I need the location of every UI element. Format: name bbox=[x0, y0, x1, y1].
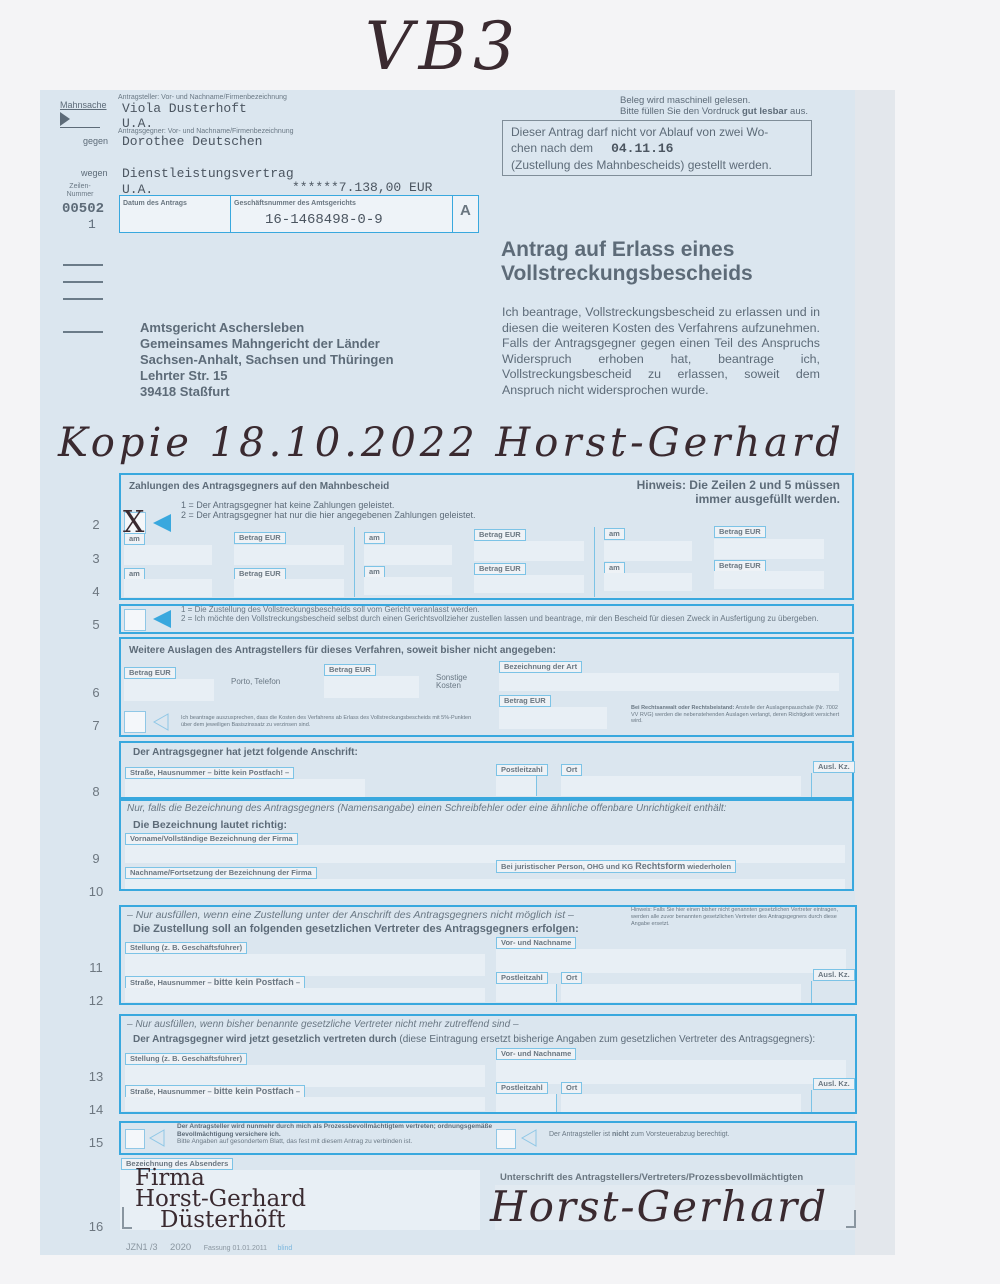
rechtsform-label: Bei juristischer Person, OHG und KG Rech… bbox=[496, 860, 736, 873]
row-number: 12 bbox=[86, 993, 106, 1008]
expenses-heading: Weitere Auslagen des Antragstellers für … bbox=[129, 645, 556, 656]
divider bbox=[811, 773, 812, 797]
machine-read-line1: Beleg wird maschinell gelesen. bbox=[620, 95, 808, 106]
antragsteller-caption: Antragsteller: Vor- und Nachname/Firmenb… bbox=[118, 94, 287, 101]
payment-date-6[interactable] bbox=[604, 573, 692, 591]
ausl-label: Ausl. Kz. bbox=[813, 761, 855, 773]
rep-plz-label: Postleitzahl bbox=[496, 972, 548, 984]
datum-field[interactable] bbox=[124, 212, 224, 228]
geschaeftsnummer-value: 16-1468498-0-9 bbox=[265, 212, 383, 228]
absender-line3: Düsterhöft bbox=[135, 1210, 306, 1231]
deadline-line3: (Zustellung des Mahnbescheids) gestellt … bbox=[511, 157, 803, 173]
text: Bei juristischer Person, OHG und KG bbox=[501, 862, 635, 871]
form-year: 2020 bbox=[170, 1242, 191, 1253]
payment-amount-3[interactable] bbox=[714, 539, 824, 559]
text: wiederholen bbox=[685, 862, 731, 871]
row-number: 3 bbox=[86, 551, 106, 566]
am-label: am bbox=[364, 532, 385, 544]
lawyer-note-bold: Bei Rechtsanwalt oder Rechtsbeistand: bbox=[631, 705, 734, 711]
machine-read-notice: Beleg wird maschinell gelesen. Bitte fül… bbox=[620, 95, 808, 117]
sonstige-label: Sonstige Kosten bbox=[436, 674, 467, 690]
form-blind: blind bbox=[278, 1245, 293, 1252]
gegen-label: gegen bbox=[83, 136, 108, 146]
new-rep-plz-field[interactable] bbox=[496, 1094, 557, 1112]
title-line2: Vollstreckungsbescheids bbox=[501, 262, 753, 286]
new-rep-name-label: Vor- und Nachname bbox=[496, 1048, 576, 1060]
am-label: am bbox=[124, 533, 145, 545]
vat-checkbox[interactable] bbox=[496, 1129, 516, 1149]
rep-new-intro: – Nur ausfüllen, wenn bisher benannte ge… bbox=[127, 1019, 519, 1030]
row-number: 9 bbox=[86, 851, 106, 866]
row-number: 13 bbox=[86, 1069, 106, 1084]
section-representative-new: – Nur ausfüllen, wenn bisher benannte ge… bbox=[119, 1014, 857, 1114]
betrag-label: Betrag EUR bbox=[499, 695, 551, 707]
corner-mark bbox=[122, 1207, 132, 1229]
section-proxy: Der Antragsteller wird nunmehr durch mic… bbox=[119, 1121, 857, 1155]
marker-line bbox=[60, 127, 100, 128]
rep-ort-label: Ort bbox=[561, 972, 582, 984]
form-footer: JZN1 /3 2020 Fassung 01.01.2011 blind bbox=[126, 1242, 292, 1253]
arrow-left-outline-icon bbox=[153, 713, 169, 731]
handwritten-copy-note: Kopie 18.10.2022 Horst-Gerhard bbox=[58, 420, 845, 466]
row-number: 16 bbox=[86, 1219, 106, 1234]
betrag-label: Betrag EUR bbox=[474, 529, 526, 541]
court-address: Amtsgericht Aschersleben Gemeinsames Mah… bbox=[140, 320, 394, 400]
text: Straße, Hausnummer – bbox=[130, 978, 214, 987]
text-bold: bitte kein Postfach bbox=[214, 1086, 294, 1096]
rep-delivery-note: Hinweis: Falls Sie hier einen bisher nic… bbox=[631, 907, 856, 928]
title-body: Ich beantrage, Vollstreckungsbescheid zu… bbox=[502, 305, 820, 398]
divider bbox=[811, 1090, 812, 1112]
arrow-left-icon bbox=[153, 610, 171, 628]
bezeichnung-label: Bezeichnung der Art bbox=[499, 661, 582, 673]
claim-amount[interactable]: ******7.138,00 EUR bbox=[292, 180, 432, 195]
datum-label: Datum des Antrags bbox=[123, 200, 187, 207]
vat-text: Der Antragsteller ist nicht zum Vorsteue… bbox=[549, 1131, 730, 1138]
proxy-text-bold: Der Antragsteller wird nunmehr durch mic… bbox=[177, 1123, 507, 1138]
arrow-left-outline-icon bbox=[149, 1129, 165, 1147]
rep-ort-field[interactable] bbox=[561, 984, 801, 1002]
row-number: 4 bbox=[86, 584, 106, 599]
rep-new-heading: Der Antragsgegner wird jetzt gesetzlich … bbox=[133, 1034, 815, 1045]
betrag-label: Betrag EUR bbox=[714, 526, 766, 538]
betrag-label: Betrag EUR bbox=[324, 664, 376, 676]
payment-date-4[interactable] bbox=[124, 579, 212, 597]
vorname-field[interactable] bbox=[125, 845, 845, 863]
am-label: am bbox=[604, 528, 625, 540]
divider bbox=[452, 196, 453, 232]
payment-option-2: 2 = Der Antragsgegner hat nur die hier a… bbox=[181, 510, 475, 520]
new-stellung-field[interactable] bbox=[125, 1065, 485, 1087]
mahnsache-label: Mahnsache bbox=[60, 100, 107, 110]
betrag-label: Betrag EUR bbox=[474, 563, 526, 575]
betrag-label: Betrag EUR bbox=[234, 532, 286, 544]
plz-label: Postleitzahl bbox=[496, 764, 548, 776]
proxy-text: Der Antragsteller wird nunmehr durch mic… bbox=[177, 1123, 507, 1146]
rep-plz-field[interactable] bbox=[496, 984, 557, 1002]
payment-date-1[interactable] bbox=[124, 545, 212, 565]
rep-ausl-label: Ausl. Kz. bbox=[813, 969, 855, 981]
deadline-line2: chen nach dem04.11.16 bbox=[511, 140, 803, 157]
form-code: JZN1 /3 bbox=[126, 1242, 158, 1252]
rep-street-field[interactable] bbox=[125, 988, 485, 1002]
name-fix-heading: Die Bezeichnung lautet richtig: bbox=[133, 819, 287, 831]
divider bbox=[230, 196, 231, 232]
text-bold: bitte kein Postfach bbox=[214, 977, 294, 987]
section-representative-delivery: – Nur ausfüllen, wenn eine Zustellung un… bbox=[119, 905, 857, 1005]
court-line2: Gemeinsames Mahngericht der Länder bbox=[140, 336, 394, 352]
other-costs-amount-field[interactable] bbox=[324, 676, 419, 698]
window-mark bbox=[63, 264, 103, 266]
row-number: 5 bbox=[86, 617, 106, 632]
delivery-options: 1 = Die Zustellung des Vollstreckungsbes… bbox=[181, 606, 846, 623]
antragsgegner-name[interactable]: Dorothee Deutschen bbox=[122, 134, 262, 149]
signature-handwritten: Horst-Gerhard bbox=[490, 1182, 828, 1231]
corner-mark bbox=[846, 1210, 856, 1228]
window-mark bbox=[63, 281, 103, 283]
text: chen nach dem bbox=[511, 141, 593, 155]
divider bbox=[811, 981, 812, 1003]
new-rep-ort-label: Ort bbox=[561, 1082, 582, 1094]
title-line1: Antrag auf Erlass eines bbox=[501, 238, 753, 262]
name-fix-intro: Nur, falls die Bezeichnung des Antragsge… bbox=[127, 803, 726, 814]
section-delivery: 1 = Die Zustellung des Vollstreckungsbes… bbox=[119, 604, 854, 634]
delivery-option-2: 2 = Ich möchte den Vollstreckungsbeschei… bbox=[181, 615, 846, 624]
lawyer-note: Bei Rechtsanwalt oder Rechtsbeistand: An… bbox=[631, 705, 841, 725]
text-bold: Der Antragsgegner wird jetzt gesetzlich … bbox=[133, 1034, 397, 1045]
arrow-left-outline-icon bbox=[521, 1129, 537, 1147]
form-code: A bbox=[460, 202, 471, 219]
claim-reason[interactable]: Dienstleistungsvertrag bbox=[122, 166, 294, 181]
court-city: 39418 Staßfurt bbox=[140, 384, 394, 400]
lawyer-expense-amount-field[interactable] bbox=[499, 707, 607, 729]
form-version: Fassung 01.01.2011 bbox=[204, 1245, 267, 1252]
section-name-correction: Nur, falls die Bezeichnung des Antragsge… bbox=[119, 799, 854, 891]
payment-amount-5[interactable] bbox=[474, 575, 584, 593]
deadline-line1: Dieser Antrag darf nicht vor Ablauf von … bbox=[511, 124, 803, 140]
row-number: 14 bbox=[86, 1102, 106, 1117]
text: – bbox=[294, 978, 300, 987]
section-address: Der Antragsgegner hat jetzt folgende Ans… bbox=[119, 741, 854, 799]
absender-handwritten: Firma Horst-Gerhard Düsterhöft bbox=[135, 1168, 306, 1231]
text: Der Antragsteller ist bbox=[549, 1131, 612, 1138]
betrag-label: Betrag EUR bbox=[124, 667, 176, 679]
address-heading: Der Antragsgegner hat jetzt folgende Ans… bbox=[133, 747, 358, 758]
interest-checkbox[interactable] bbox=[124, 711, 146, 733]
hint-line1: Hinweis: Die Zeilen 2 und 5 müssen bbox=[637, 478, 840, 492]
case-info-box: Datum des Antrags Geschäftsnummer des Am… bbox=[119, 195, 479, 233]
deadline-notice-box: Dieser Antrag darf nicht vor Ablauf von … bbox=[502, 120, 812, 176]
zeilen-sub: 1 bbox=[88, 217, 96, 232]
proxy-checkbox[interactable] bbox=[125, 1129, 145, 1149]
proxy-text-small: Bitte Angaben auf gesondertem Blatt, das… bbox=[177, 1138, 507, 1146]
payment-amount-4[interactable] bbox=[234, 579, 344, 597]
interest-text: Ich beantrage auszusprechen, dass die Ko… bbox=[181, 715, 481, 728]
text: – bbox=[294, 1087, 300, 1096]
payments-checkbox[interactable]: X bbox=[124, 512, 146, 534]
row-number: 2 bbox=[86, 517, 106, 532]
rep-name-label: Vor- und Nachname bbox=[496, 937, 576, 949]
text: (diese Eintragung ersetzt bisherige Anga… bbox=[397, 1034, 816, 1045]
text: Bitte füllen Sie den Vordruck bbox=[620, 106, 742, 117]
deadline-date: 04.11.16 bbox=[611, 141, 673, 156]
rep-name-field[interactable] bbox=[496, 949, 846, 973]
page-title: Antrag auf Erlass eines Vollstreckungsbe… bbox=[501, 238, 753, 286]
payment-option-1: 1 = Der Antragsgegner hat keine Zahlunge… bbox=[181, 500, 475, 510]
payment-date-5[interactable] bbox=[364, 577, 452, 595]
stellung-label: Stellung (z. B. Geschäftsführer) bbox=[125, 1053, 247, 1065]
arrow-left-icon bbox=[153, 514, 171, 532]
wegen-label: wegen bbox=[81, 168, 108, 178]
window-mark bbox=[63, 298, 103, 300]
text-bold: Rechtsform bbox=[635, 861, 685, 871]
text: zum Vorsteuerabzug berechtigt. bbox=[629, 1131, 730, 1138]
street-field[interactable] bbox=[125, 779, 365, 797]
payment-date-2[interactable] bbox=[364, 545, 452, 565]
form-paper-edge bbox=[855, 90, 895, 1255]
new-rep-plz-label: Postleitzahl bbox=[496, 1082, 548, 1094]
marker-triangle-icon bbox=[60, 112, 70, 126]
antragsteller-name[interactable]: Viola Dusterhoft bbox=[122, 101, 247, 116]
hint-line2: immer ausgefüllt werden. bbox=[637, 492, 840, 506]
row-number: 15 bbox=[86, 1135, 106, 1150]
text-bold: nicht bbox=[612, 1131, 629, 1138]
payment-amount-6[interactable] bbox=[714, 571, 824, 589]
zeilen-label: Zeilen- Nummer bbox=[60, 183, 100, 199]
text: Straße, Hausnummer – bbox=[130, 1087, 214, 1096]
payment-date-3[interactable] bbox=[604, 541, 692, 561]
divider bbox=[354, 527, 355, 597]
row-number: 6 bbox=[86, 685, 106, 700]
stellung-label: Stellung (z. B. Geschäftsführer) bbox=[125, 942, 247, 954]
new-rep-name-field[interactable] bbox=[496, 1060, 846, 1084]
row-number: 8 bbox=[86, 784, 106, 799]
divider bbox=[594, 527, 595, 597]
geschaeftsnummer-label: Geschäftsnummer des Amtsgerichts bbox=[234, 200, 356, 207]
machine-read-line2: Bitte füllen Sie den Vordruck gut lesbar… bbox=[620, 106, 808, 117]
porto-amount-field[interactable] bbox=[124, 679, 214, 701]
text-bold: gut lesbar bbox=[742, 106, 787, 117]
payments-heading: Zahlungen des Antragsgegners auf den Mah… bbox=[129, 481, 389, 492]
nachname-label: Nachname/Fortsetzung der Bezeichnung der… bbox=[125, 867, 317, 879]
new-rep-street-field[interactable] bbox=[125, 1097, 485, 1111]
payment-amount-2[interactable] bbox=[474, 541, 584, 561]
new-rep-ausl-label: Ausl. Kz. bbox=[813, 1078, 855, 1090]
payments-hint: Hinweis: Die Zeilen 2 und 5 müssen immer… bbox=[637, 478, 840, 506]
payments-options: 1 = Der Antragsgegner hat keine Zahlunge… bbox=[181, 500, 475, 520]
row-number: 7 bbox=[86, 718, 106, 733]
street-label: Straße, Hausnummer – bitte kein Postfach… bbox=[125, 767, 294, 779]
delivery-checkbox[interactable] bbox=[124, 609, 146, 631]
vorname-label: Vorname/Vollständige Bezeichnung der Fir… bbox=[125, 833, 298, 845]
cost-type-field[interactable] bbox=[499, 673, 839, 691]
court-line3: Sachsen-Anhalt, Sachsen und Thüringen bbox=[140, 352, 394, 368]
zeilen-number: 00502 bbox=[62, 201, 104, 217]
section-payments: Zahlungen des Antragsgegners auf den Mah… bbox=[119, 473, 854, 600]
rep-delivery-intro: – Nur ausfüllen, wenn eine Zustellung un… bbox=[127, 909, 574, 921]
ort-field[interactable] bbox=[561, 776, 801, 796]
court-name: Amtsgericht Aschersleben bbox=[140, 320, 394, 336]
row-number: 11 bbox=[86, 960, 106, 975]
payment-amount-1[interactable] bbox=[234, 545, 344, 565]
row-number: 10 bbox=[86, 884, 106, 899]
stellung-field[interactable] bbox=[125, 954, 485, 976]
handwritten-note-vb3: VB3 bbox=[365, 8, 521, 85]
text: aus. bbox=[787, 106, 808, 117]
nachname-field[interactable] bbox=[125, 879, 845, 889]
court-street: Lehrter Str. 15 bbox=[140, 368, 394, 384]
rep-delivery-heading: Die Zustellung soll an folgenden gesetzl… bbox=[133, 923, 579, 935]
section-expenses: Weitere Auslagen des Antragstellers für … bbox=[119, 637, 854, 737]
new-rep-ort-field[interactable] bbox=[561, 1094, 801, 1112]
plz-field[interactable] bbox=[496, 776, 537, 796]
porto-label: Porto, Telefon bbox=[231, 677, 280, 686]
window-mark bbox=[63, 331, 103, 333]
ort-label: Ort bbox=[561, 764, 582, 776]
